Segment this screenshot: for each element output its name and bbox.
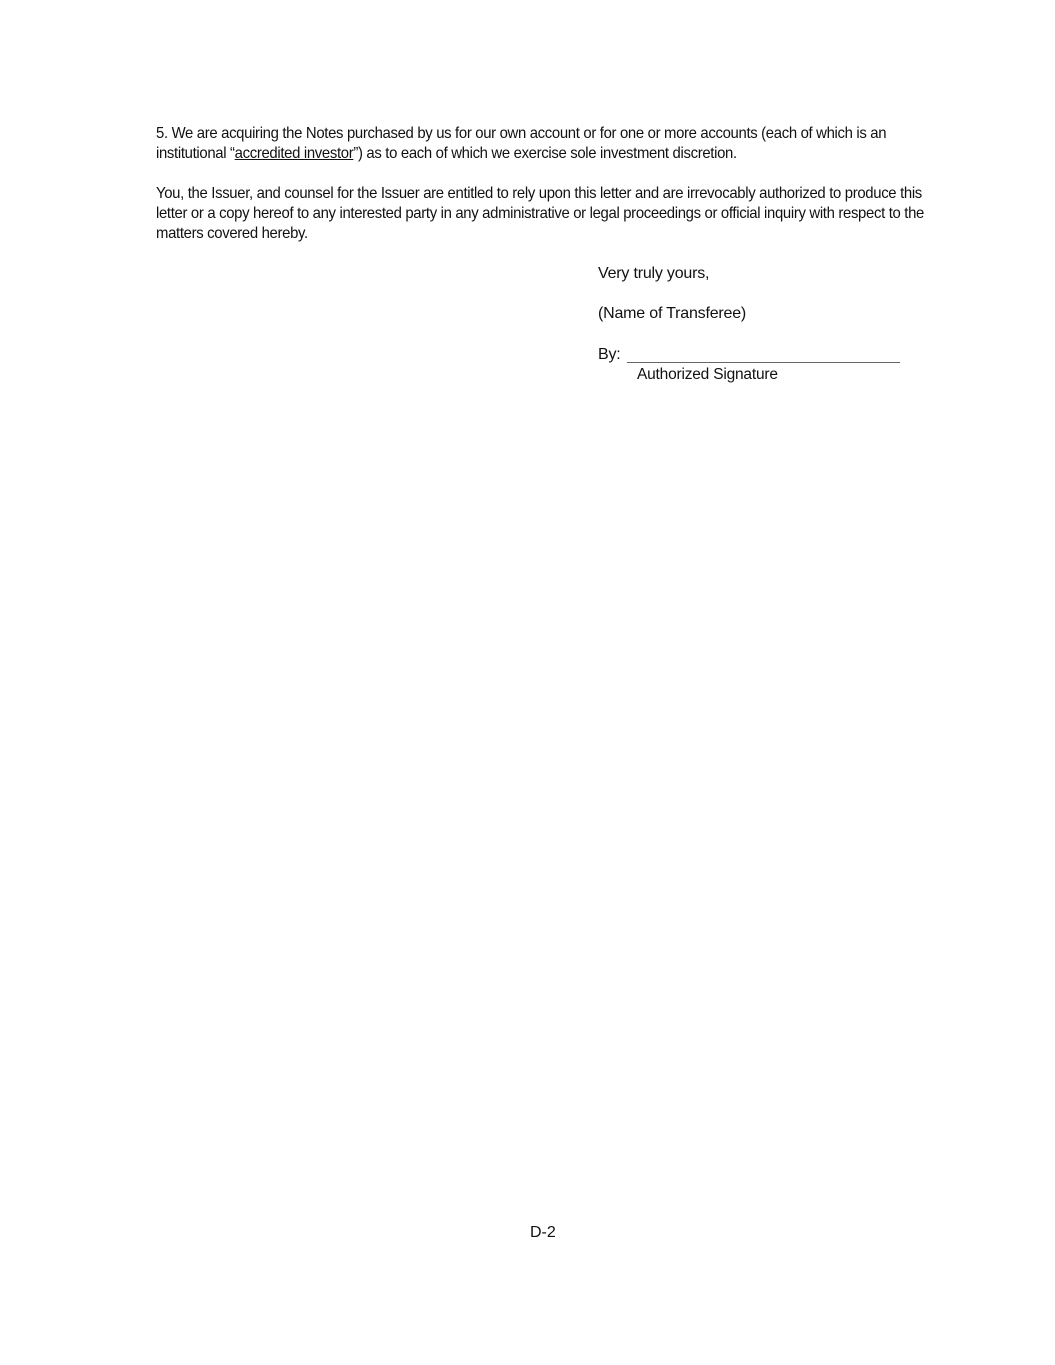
by-label: By: [598,346,621,364]
closing-salutation: Very truly yours, [598,265,709,283]
paragraph-5-text-after: ”) as to each of which we exercise sole … [353,145,736,162]
paragraph-5: 5. We are acquiring the Notes purchased … [156,124,928,164]
page-number: D-2 [530,1224,556,1242]
signature-line [627,362,900,363]
authorized-signature-caption: Authorized Signature [637,366,778,384]
reliance-paragraph: You, the Issuer, and counsel for the Iss… [156,184,928,244]
accredited-investor-term: accredited investor [235,145,354,162]
transferee-name-placeholder: (Name of Transferee) [598,305,746,323]
